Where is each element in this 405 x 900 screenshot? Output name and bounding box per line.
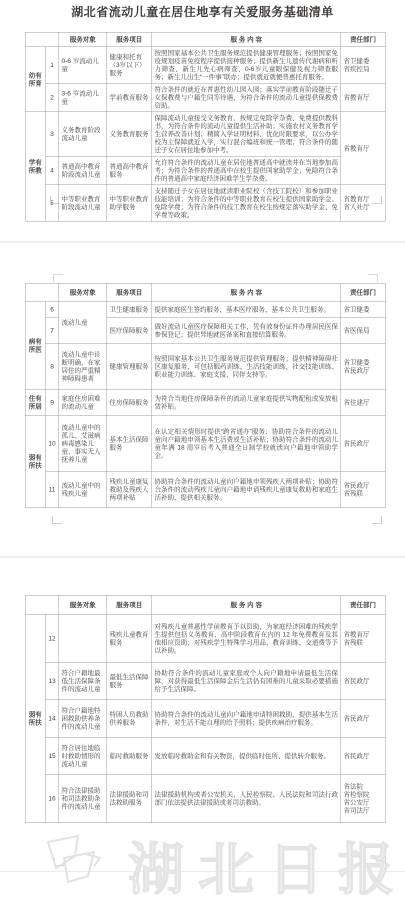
cell-project: 基本生活保障服务 <box>107 415 152 471</box>
table-header-row: 服务对象 服务项目 服 务 内 容 责任部门 <box>25 595 385 614</box>
cell-seq: 2 <box>45 83 59 112</box>
cell-object: 符合法律援助和司法救助条件的流动儿童 <box>59 775 107 823</box>
table-row: 弱有 所扶 12 残疾儿童教育服务 对残疾儿童普惠性学前教育予以资助，为家庭经济… <box>25 614 385 662</box>
cell-object: 流动儿童中的孤儿、艾滋病病毒感染儿童、事实无人抚养儿童 <box>59 415 107 471</box>
cell-dept: 省医保局 <box>341 317 386 343</box>
table-row: 弱有 所扶 10 流动儿童中的孤儿、艾滋病病毒感染儿童、事实无人抚养儿童 基本生… <box>25 415 385 471</box>
col-header-content: 服 务 内 容 <box>152 595 341 614</box>
cell-project: 普通高中教育服务 <box>107 156 152 185</box>
cell-object: 符合户籍地最低生活保障条件的流动儿童 <box>59 662 107 699</box>
cell-seq: 4 <box>45 156 59 185</box>
table-row: 14 符合户籍地特困救助供养条件的流动儿童 特困人员救助供养服务 协助符合条件的… <box>25 700 385 737</box>
cell-project: 义务教育服务 <box>107 112 152 157</box>
cell-content: 法律援助机构或者公安机关、人民检察院、人民法院和司法行政部门依法提供法律援助或者… <box>152 775 341 823</box>
cell-content: 在认定相关情形时提供“跨省通办”服务；协助符合条件的流动儿童向户籍地申领基本生活… <box>152 415 341 471</box>
cell-object: 流动儿童中的残疾儿童 <box>59 472 107 508</box>
cell-seq: 13 <box>45 662 59 699</box>
cell-object: 0-6 岁流动儿童 <box>59 47 107 84</box>
cell-object: 流动儿童 <box>59 302 107 344</box>
cell-content: 保障流动儿童接受义务教育，按规定免除学杂费、免费提供教科书，为符合条件的流动儿童… <box>152 112 341 157</box>
cell-content: 协助符合条件的流动儿童向户籍地申领残疾人两项补贴；协助符合条件的流动残疾儿童向户… <box>152 472 341 508</box>
col-header-object: 服务对象 <box>59 595 107 614</box>
cell-seq: 6 <box>45 302 59 318</box>
cell-category: 弱有 所扶 <box>25 415 45 507</box>
cell-dept: 省卫健委 <box>341 302 386 318</box>
cell-seq: 1 <box>45 47 59 84</box>
table-row: 11 流动儿童中的残疾儿童 残疾儿童康复救助及残疾人两项补贴 协助符合条件的流动… <box>25 472 385 508</box>
col-header-blank <box>25 32 59 47</box>
service-table-2: 服务对象 服务项目 服 务 内 容 责任部门 病有 所医 6 流动儿童 卫生健康… <box>25 283 386 508</box>
crop-mark <box>53 274 63 282</box>
table-section-1: 服务对象 服务项目 服 务 内 容 责任部门 幼有 所育 1 0-6 岁流动儿童… <box>25 32 386 222</box>
table-row: 15 符合居住地临时救助情形的流动儿童 临时救助服务 发放临时救助金和有关物资，… <box>25 737 385 774</box>
crop-mark <box>372 516 382 524</box>
col-header-project: 服务项目 <box>107 283 152 301</box>
cell-category: 学有 所教 <box>25 112 45 222</box>
cell-content: 对残疾儿童普惠性学前教育予以资助，为家庭经济困难的残疾学生提供包括义务教育、高中… <box>152 614 341 662</box>
cell-seq: 7 <box>45 317 59 343</box>
cell-object: 普通高中教育阶段流动儿童 <box>59 156 107 185</box>
cell-project: 特困人员救助供养服务 <box>107 700 152 737</box>
table-row: 幼有 所育 1 0-6 岁流动儿童 健康和托育（3岁以下）服务 按照国家基本公共… <box>25 47 385 84</box>
cell-content: 提供家庭医生签约服务、基本医疗服务、基本公共卫生服务。 <box>152 302 341 318</box>
table-row: 4 普通高中教育阶段流动儿童 普通高中教育服务 允许符合条件的流动儿童在居住地普… <box>25 156 385 185</box>
cell-project: 健康管理服务 <box>107 343 152 389</box>
cell-object <box>59 614 107 662</box>
table-row: 2 3-6 岁流动儿童 学前教育服务 符合条件的就近在普惠性幼儿园入园；落实学前… <box>25 83 385 112</box>
cell-dept: 省民政厅 <box>341 662 386 699</box>
cell-object: 中等职业教育阶段流动儿童 <box>59 185 107 222</box>
cell-dept: 省住建厅 <box>341 389 386 415</box>
crop-mark <box>50 196 60 204</box>
table-header-row: 服务对象 服务项目 服 务 内 容 责任部门 <box>25 32 385 47</box>
table-row: 13 符合户籍地最低生活保障条件的流动儿童 最低生活保障服务 协助符合条件的流动… <box>25 662 385 699</box>
cell-content: 按照国家基本公共卫生服务规范提供健康管理服务；按照国家免疫规划疫苗免疫程序提供接… <box>152 47 341 84</box>
page-seam <box>0 241 405 243</box>
cell-project: 医疗保障服务 <box>107 317 152 343</box>
crop-mark <box>368 274 378 282</box>
cell-content: 协助符合条件的流动儿童向户籍地申请特困救助，提供基本生活条件，对生活不能自理的给… <box>152 700 341 737</box>
cell-category: 幼有 所育 <box>25 47 45 112</box>
cell-project: 最低生活保障服务 <box>107 662 152 699</box>
cell-category: 住有 所居 <box>25 389 45 415</box>
cell-dept: 省民政厅 <box>341 700 386 737</box>
cell-seq: 15 <box>45 737 59 774</box>
cell-dept: 省教育厅 省残联 <box>341 614 386 662</box>
watermark-text: 湖北日报 <box>128 826 405 900</box>
cell-category: 弱有 所扶 <box>25 614 45 822</box>
cell-seq: 16 <box>45 775 59 823</box>
cell-seq: 10 <box>45 415 59 471</box>
crop-mark <box>52 516 62 524</box>
crop-mark <box>372 196 382 204</box>
table-section-2: 服务对象 服务项目 服 务 内 容 责任部门 病有 所医 6 流动儿童 卫生健康… <box>25 283 386 508</box>
col-header-content: 服 务 内 容 <box>152 283 341 301</box>
col-header-dept: 责任部门 <box>341 283 386 301</box>
col-header-blank <box>25 283 59 301</box>
cell-content: 按照国家基本公共卫生服务规范提供管理服务；提供精神障碍社区康复服务，可包括服药训… <box>152 343 341 389</box>
cell-object: 符合居住地临时救助情形的流动儿童 <box>59 737 107 774</box>
cell-seq: 3 <box>45 112 59 157</box>
table-header-row: 服务对象 服务项目 服 务 内 容 责任部门 <box>25 283 385 301</box>
cell-project: 健康和托育（3岁以下）服务 <box>107 47 152 84</box>
cell-project: 卫生健康服务 <box>107 302 152 318</box>
cell-category: 病有 所医 <box>25 302 45 390</box>
table-row: 住有 所居 9 家庭住房困难的流动儿童 住房保障服务 为符合当地住房保障条件的流… <box>25 389 385 415</box>
cell-seq: 11 <box>45 472 59 508</box>
table-row: 5 中等职业教育阶段流动儿童 中等职业教育助学服务 支持随迁子女在居住地就读职业… <box>25 185 385 222</box>
cell-content: 协助符合条件的流动儿童家庭或个人向户籍地申请最低生活保障，对获得最低生活保障金后… <box>152 662 341 699</box>
cell-dept: 省民政厅 省残联 <box>341 472 386 508</box>
cell-content: 为符合当地住房保障条件的流动儿童家庭提供实物配租或发放租赁补贴。 <box>152 389 341 415</box>
table-row: 学有 所教 3 义务教育阶段流动儿童 义务教育服务 保障流动儿童接受义务教育，按… <box>25 112 385 157</box>
col-header-dept: 责任部门 <box>341 32 386 47</box>
cell-object: 义务教育阶段流动儿童 <box>59 112 107 157</box>
table-row: 8 流动儿童中诊断明确、在家居住的严重精神障碍患者 健康管理服务 按照国家基本公… <box>25 343 385 389</box>
cell-seq: 8 <box>45 343 59 389</box>
col-header-object: 服务对象 <box>59 283 107 301</box>
cell-content: 支持随迁子女在居住地就读职业院校（含技工院校）和参加职业技能培训；为符合条件的中… <box>152 185 341 222</box>
cell-content: 允许符合条件的流动儿童在居住地普通高中就读并在当地参加高考；为符合条件的普通高中… <box>152 156 341 185</box>
table-section-3: 服务对象 服务项目 服 务 内 容 责任部门 弱有 所扶 12 残疾儿童教育服务… <box>25 595 386 823</box>
cell-dept: 省法院 省检察院 省公安厅 省司法厅 <box>341 775 386 823</box>
cell-object: 符合户籍地特困救助供养条件的流动儿童 <box>59 700 107 737</box>
cell-seq: 9 <box>45 389 59 415</box>
cell-project: 临时救助服务 <box>107 737 152 774</box>
cell-object: 家庭住房困难的流动儿童 <box>59 389 107 415</box>
cell-dept: 省教育厅 <box>341 83 386 112</box>
hubei-daily-logo-icon <box>42 832 118 900</box>
cell-dept: 省民政厅 <box>341 737 386 774</box>
cell-seq: 12 <box>45 614 59 662</box>
cell-project: 中等职业教育助学服务 <box>107 185 152 222</box>
col-header-blank <box>25 595 59 614</box>
cell-dept: 省卫健委 省民政厅 <box>341 343 386 389</box>
col-header-content: 服 务 内 容 <box>152 32 341 47</box>
cell-object: 3-6 岁流动儿童 <box>59 83 107 112</box>
table-row: 病有 所医 6 流动儿童 卫生健康服务 提供家庭医生签约服务、基本医疗服务、基本… <box>25 302 385 318</box>
cell-project: 法律援助和司法救助服务 <box>107 775 152 823</box>
cell-dept: 省教育厅 <box>341 112 386 185</box>
cell-object: 流动儿童中诊断明确、在家居住的严重精神障碍患者 <box>59 343 107 389</box>
cell-project: 残疾儿童康复救助及残疾人两项补贴 <box>107 472 152 508</box>
cell-content: 发放临时救助金和有关物资，提供临时住所、提供转介服务。 <box>152 737 341 774</box>
service-table-1: 服务对象 服务项目 服 务 内 容 责任部门 幼有 所育 1 0-6 岁流动儿童… <box>25 32 386 222</box>
cell-project: 学前教育服务 <box>107 83 152 112</box>
cell-project: 残疾儿童教育服务 <box>107 614 152 662</box>
cell-seq: 14 <box>45 700 59 737</box>
col-header-object: 服务对象 <box>59 32 107 47</box>
cell-project: 住房保障服务 <box>107 389 152 415</box>
page-title: 湖北省流动儿童在居住地享有关爱服务基础清单 <box>0 3 405 20</box>
document-page: 湖北省流动儿童在居住地享有关爱服务基础清单 服务对象 服务项目 服 务 内 容 … <box>0 0 405 900</box>
cell-content: 符合条件的就近在普惠性幼儿园入园；落实学前教育阶段随迁子女保教费与户籍生同等待遇… <box>152 83 341 112</box>
cell-dept: 省民政厅 <box>341 415 386 471</box>
col-header-project: 服务项目 <box>107 595 152 614</box>
cell-dept: 省卫健委 省疾控局 <box>341 47 386 84</box>
cell-content: 做好流动儿童医疗保障相关工作，凭有效身份证件办理居民医保参保登记；提供异地就医备… <box>152 317 341 343</box>
col-header-project: 服务项目 <box>107 32 152 47</box>
service-table-3: 服务对象 服务项目 服 务 内 容 责任部门 弱有 所扶 12 残疾儿童教育服务… <box>25 595 386 823</box>
page-seam <box>0 556 405 558</box>
col-header-dept: 责任部门 <box>341 595 386 614</box>
table-row: 16 符合法律援助和司法救助条件的流动儿童 法律援助和司法救助服务 法律援助机构… <box>25 775 385 823</box>
